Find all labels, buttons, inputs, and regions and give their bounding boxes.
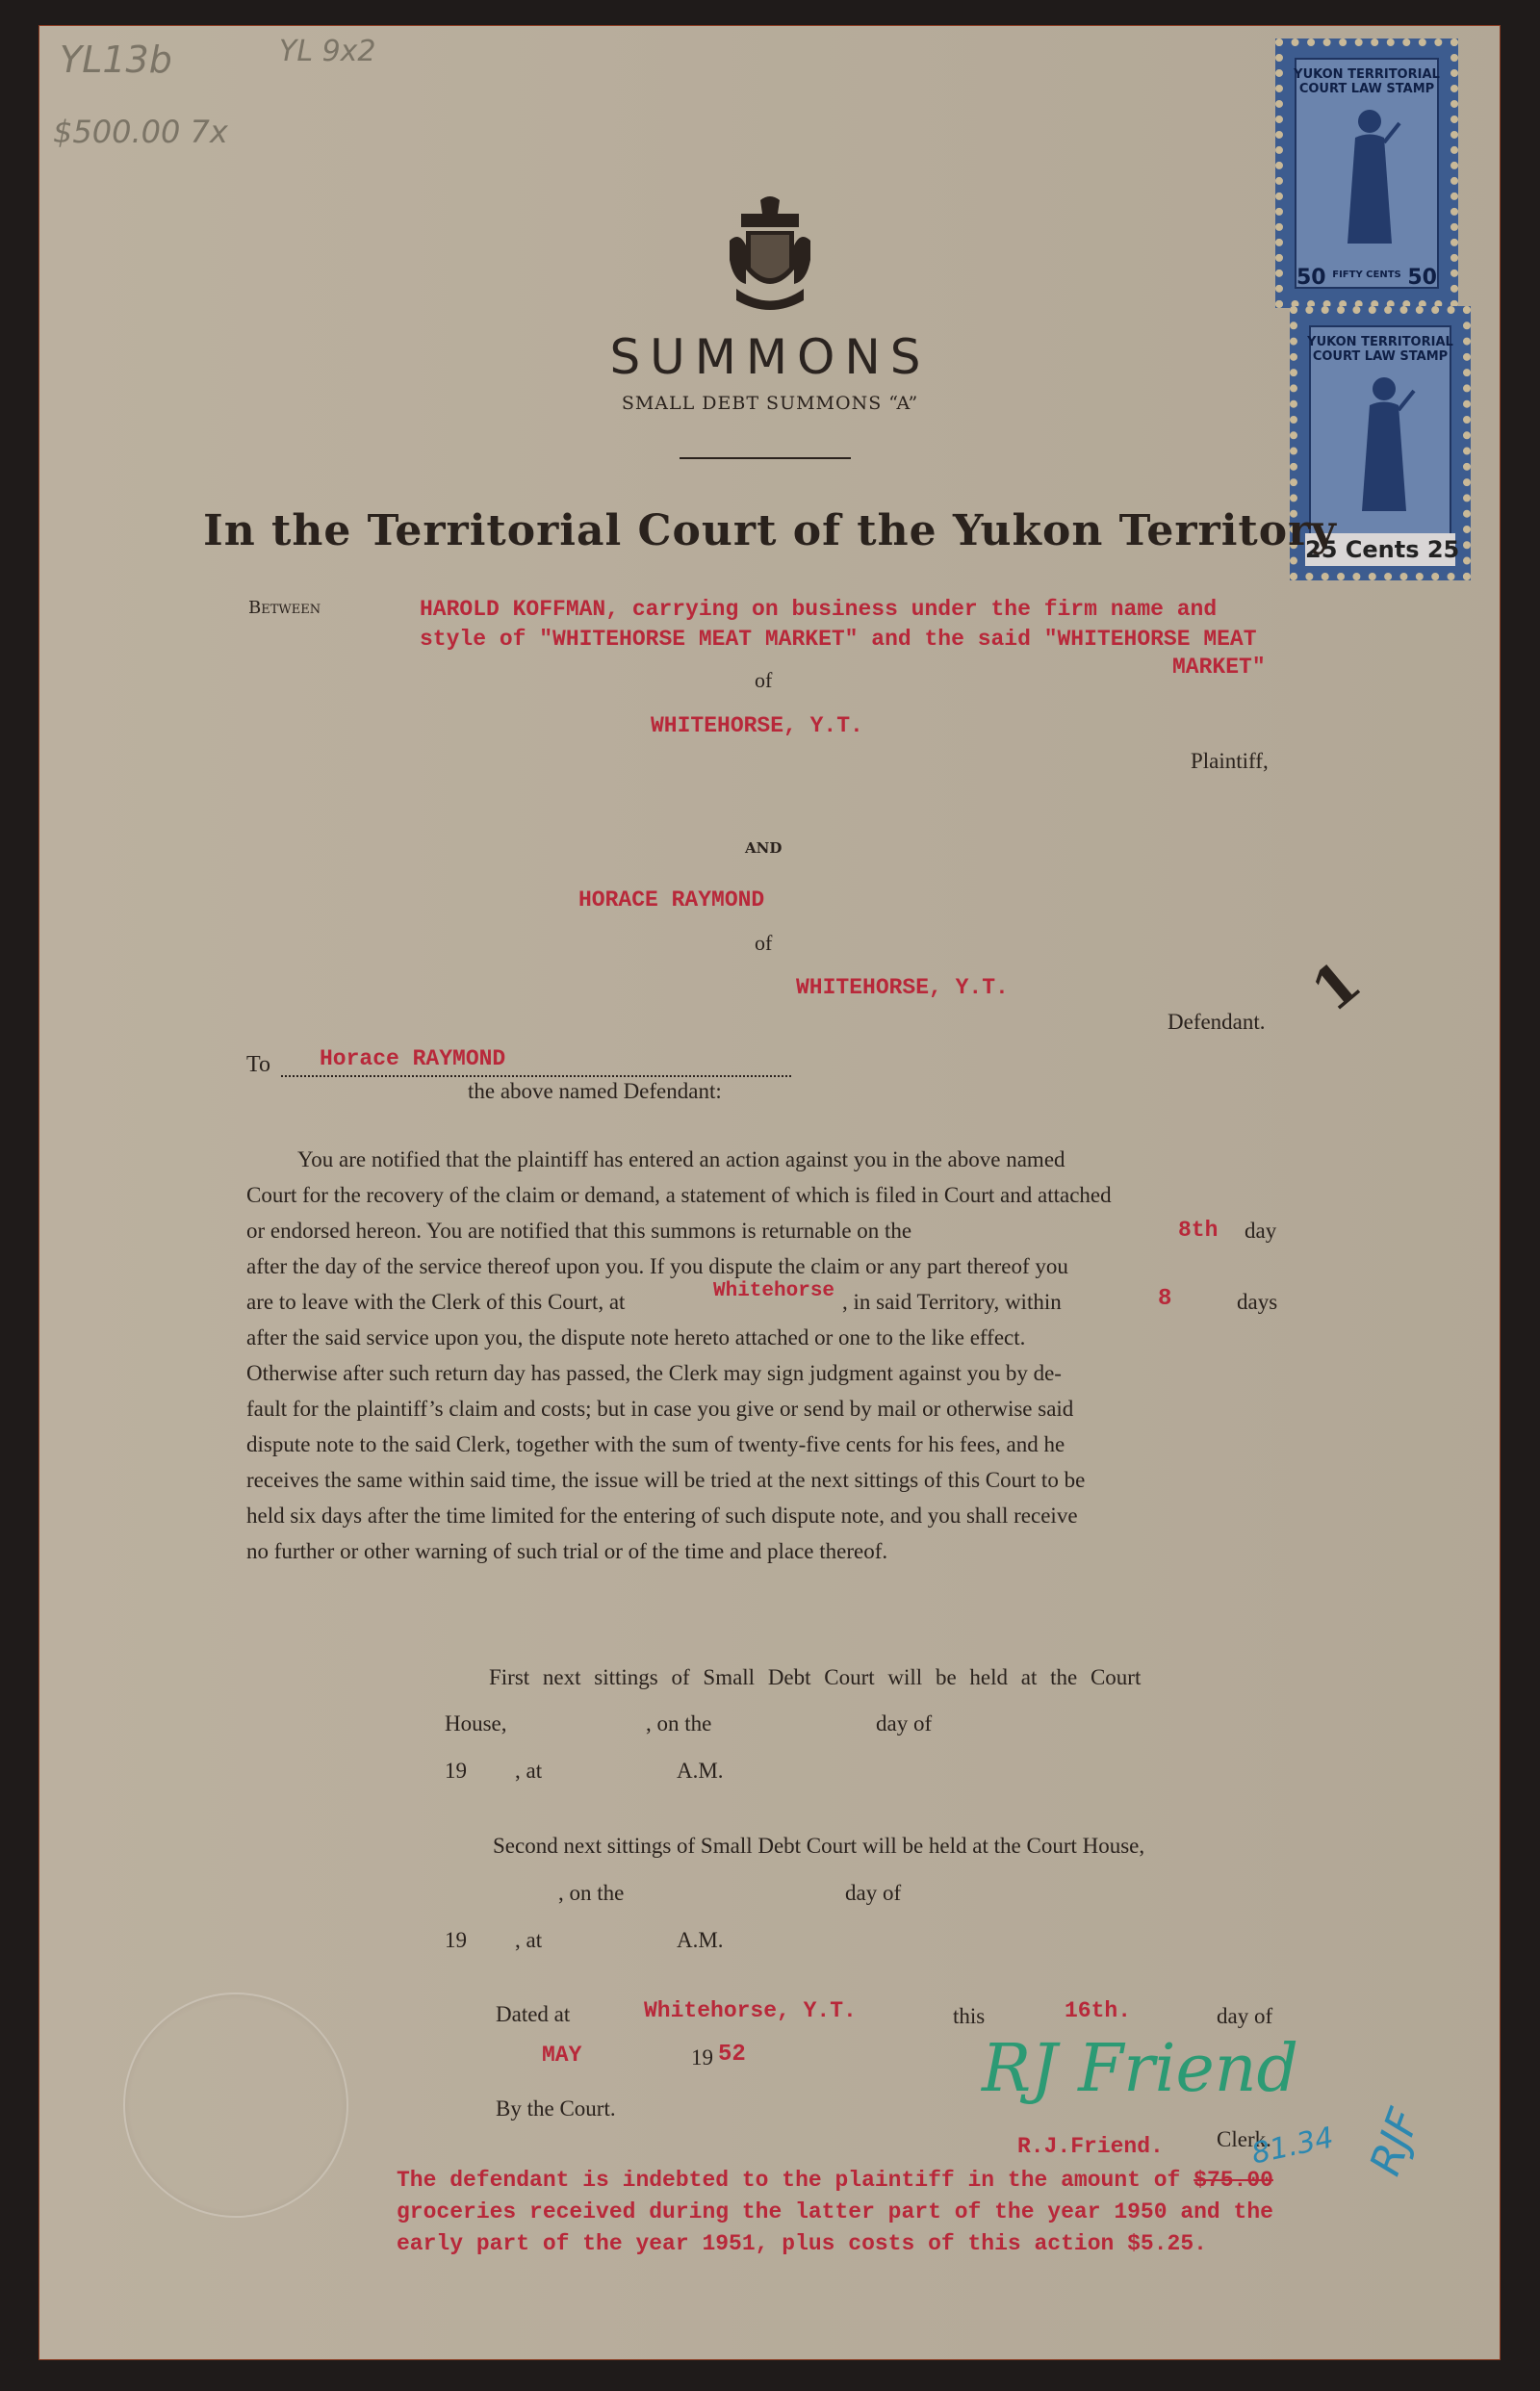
days-word: days xyxy=(1237,1284,1277,1320)
addressee-caption: the above named Defendant: xyxy=(468,1079,722,1104)
coat-of-arms-icon xyxy=(722,193,818,318)
stamp-value-text: FIFTY CENTS xyxy=(1283,270,1450,280)
plaintiff-line-2: style of "WHITEHORSE MEAT MARKET" and th… xyxy=(420,627,1257,652)
year-suffix-value: 52 xyxy=(718,2042,746,2068)
in-territory-text: , in said Territory, within xyxy=(842,1284,1062,1320)
pencil-price-note: $500.00 7x xyxy=(53,114,228,150)
addressee-name: Horace RAYMOND xyxy=(320,1046,505,1071)
first-day-of-label: day of xyxy=(876,1706,932,1741)
plaintiff-line-1: HAROLD KOFFMAN, carrying on business und… xyxy=(420,597,1217,622)
notice-line-11: held six days after the time limited for… xyxy=(246,1498,1078,1533)
defendant-location: WHITEHORSE, Y.T. xyxy=(796,975,1009,1000)
of-label: of xyxy=(755,931,772,956)
first-house-label: House, xyxy=(445,1706,507,1741)
year-prefix: 19 xyxy=(691,2040,713,2075)
second-day-of-label: day of xyxy=(845,1875,901,1911)
to-label: To xyxy=(246,1052,270,1078)
claim-line-1-text: The defendant is indebted to the plainti… xyxy=(397,2168,1193,2193)
notice-line-10: receives the same within said time, the … xyxy=(246,1462,1085,1498)
clerk-name: R.J.Friend. xyxy=(1017,2134,1164,2159)
notice-line-2: Court for the recovery of the claim or d… xyxy=(246,1177,1112,1213)
second-year-prefix: 19 xyxy=(445,1922,467,1958)
struck-amount: $75.00 xyxy=(1193,2168,1273,2193)
first-at-label: , at xyxy=(515,1753,542,1788)
first-year-prefix: 19 xyxy=(445,1753,467,1788)
defendant-name: HORACE RAYMOND xyxy=(578,887,764,913)
notice-line-8: fault for the plaintiff’s claim and cost… xyxy=(246,1391,1073,1427)
pencil-size-note: YL 9x2 xyxy=(279,35,376,68)
first-sittings-line: First next sittings of Small Debt Court … xyxy=(489,1659,1141,1695)
day-of-label: day of xyxy=(1217,1998,1272,2034)
second-sittings-line: Second next sittings of Small Debt Court… xyxy=(493,1828,1144,1864)
notice-line-1: You are notified that the plaintiff has … xyxy=(297,1142,1065,1177)
notice-line-3: or endorsed hereon. You are notified tha… xyxy=(246,1213,911,1248)
clerk-signature: RJ Friend xyxy=(982,2031,1298,2107)
first-am-label: A.M. xyxy=(677,1753,724,1788)
notice-line-4: after the day of the service thereof upo… xyxy=(246,1248,1068,1284)
addressee-dotted-line xyxy=(281,1075,791,1077)
notice-line-5: are to leave with the Clerk of this Cour… xyxy=(246,1284,625,1320)
page-title: SUMMONS xyxy=(0,329,1540,385)
dated-day-value: 16th. xyxy=(1065,1998,1131,2023)
and-label: AND xyxy=(745,839,782,857)
second-am-label: A.M. xyxy=(677,1922,724,1958)
embossed-seal-icon xyxy=(123,1992,348,2218)
notice-line-9: dispute note to the said Clerk, together… xyxy=(246,1427,1065,1462)
days-count-value: 8 xyxy=(1158,1286,1171,1312)
stamp-header: YUKON TERRITORIAL COURT LAW STAMP xyxy=(1283,67,1450,96)
plaintiff-line-3: MARKET" xyxy=(1172,655,1266,680)
clerk-place-value: Whitehorse xyxy=(713,1280,834,1302)
plaintiff-location: WHITEHORSE, Y.T. xyxy=(651,713,863,738)
justice-figure-icon xyxy=(1336,104,1403,248)
second-on-the-label: , on the xyxy=(558,1875,624,1911)
defendant-label: Defendant. xyxy=(1168,1010,1266,1035)
dated-place-value: Whitehorse, Y.T. xyxy=(644,1998,857,2023)
law-stamp-50-cents: YUKON TERRITORIAL COURT LAW STAMP 50 50 … xyxy=(1275,39,1458,308)
return-day-value: 8th xyxy=(1178,1218,1218,1243)
title-rule xyxy=(680,457,851,459)
between-label: Between xyxy=(248,598,321,618)
claim-line-2: groceries received during the latter par… xyxy=(397,2199,1273,2224)
dated-month-value: MAY xyxy=(542,2043,581,2068)
claim-line-3: early part of the year 1951, plus costs … xyxy=(397,2231,1207,2256)
notice-line-12: no further or other warning of such tria… xyxy=(246,1533,887,1569)
claim-line-1: The defendant is indebted to the plainti… xyxy=(397,2168,1273,2193)
plaintiff-label: Plaintiff, xyxy=(1191,749,1269,774)
pencil-catalog-note: YL13b xyxy=(60,39,172,81)
notice-line-7: Otherwise after such return day has pass… xyxy=(246,1355,1062,1391)
first-on-the-label: , on the xyxy=(646,1706,711,1741)
dated-at-label: Dated at xyxy=(496,1996,570,2032)
this-label: this xyxy=(953,1998,985,2034)
of-label: of xyxy=(755,668,772,693)
court-heading: In the Territorial Court of the Yukon Te… xyxy=(0,506,1540,555)
by-court-label: By the Court. xyxy=(496,2091,616,2126)
day-word: day xyxy=(1245,1213,1276,1248)
second-at-label: , at xyxy=(515,1922,542,1958)
form-subtitle: SMALL DEBT SUMMONS “A” xyxy=(0,393,1540,414)
notice-line-6: after the said service upon you, the dis… xyxy=(246,1320,1025,1355)
